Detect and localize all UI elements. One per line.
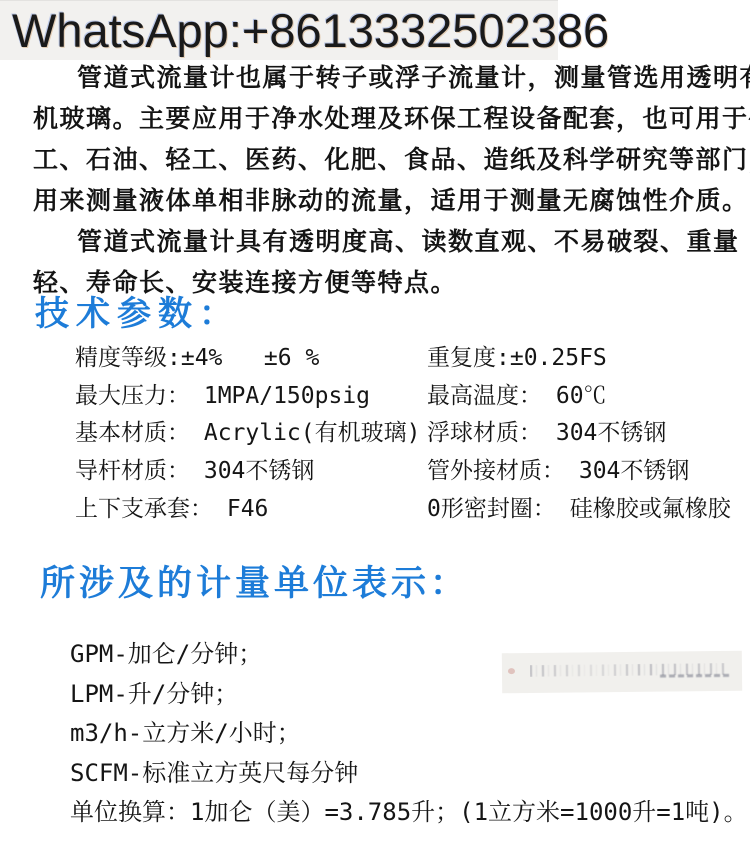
param-left: 精度等级:±4% ±6 % bbox=[75, 339, 427, 372]
param-left: 上下支承套： F46 bbox=[75, 490, 427, 523]
param-row: 上下支承套： F46 0形密封圈： 硅橡胶或氟橡胶 bbox=[75, 487, 735, 525]
param-right: 0形密封圈： 硅橡胶或氟橡胶 bbox=[427, 490, 735, 523]
unit-item: SCFM-标准立方英尺每分钟 bbox=[70, 754, 740, 794]
param-left: 最大压力： 1MPA/150psig bbox=[75, 377, 427, 410]
param-row: 最大压力： 1MPA/150psig 最高温度： 60℃ bbox=[75, 375, 735, 413]
intro-line: 工、石油、轻工、医药、化肥、食品、造纸及科学研究等部门， bbox=[33, 140, 733, 181]
param-right: 管外接材质： 304不锈钢 bbox=[427, 452, 735, 485]
whatsapp-banner: WhatsApp:+8613332502386 bbox=[0, 0, 558, 60]
param-right: 浮球材质： 304不锈钢 bbox=[427, 414, 735, 447]
whatsapp-number: WhatsApp:+8613332502386 bbox=[0, 1, 609, 61]
stamp-underline bbox=[660, 674, 730, 678]
param-right: 最高温度： 60℃ bbox=[427, 377, 735, 410]
unit-item: 单位换算：1加仑（美）=3.785升；(1立方米=1000升=1吨)。 bbox=[70, 793, 740, 833]
param-left: 导杆材质： 304不锈钢 bbox=[75, 452, 427, 485]
faded-stamp-artifact bbox=[502, 651, 742, 694]
intro-line: 机玻璃。主要应用于净水处理及环保工程设备配套，也可用于化 bbox=[33, 99, 733, 140]
stamp-dot bbox=[508, 668, 515, 674]
param-row: 基本材质： Acrylic(有机玻璃) 浮球材质： 304不锈钢 bbox=[75, 412, 735, 450]
param-row: 导杆材质： 304不锈钢 管外接材质： 304不锈钢 bbox=[75, 450, 735, 488]
intro-paragraphs: 管道式流量计也属于转子或浮子流量计，测量管选用透明有 机玻璃。主要应用于净水处理… bbox=[33, 58, 733, 304]
param-right: 重复度:±0.25FS bbox=[427, 339, 735, 372]
intro-line: 轻、寿命长、安装连接方便等特点。 bbox=[33, 263, 733, 304]
intro-line: 用来测量液体单相非脉动的流量，适用于测量无腐蚀性介质。 bbox=[33, 181, 733, 222]
param-row: 精度等级:±4% ±6 % 重复度:±0.25FS bbox=[75, 337, 735, 375]
units-heading: 所涉及的计量单位表示： bbox=[40, 560, 469, 608]
unit-item: m3/h-立方米/小时； bbox=[70, 714, 740, 754]
intro-line: 管道式流量计也属于转子或浮子流量计，测量管选用透明有 bbox=[33, 58, 733, 99]
tech-params-table: 精度等级:±4% ±6 % 重复度:±0.25FS 最大压力： 1MPA/150… bbox=[75, 337, 735, 525]
param-left: 基本材质： Acrylic(有机玻璃) bbox=[75, 414, 427, 447]
intro-line: 管道式流量计具有透明度高、读数直观、不易破裂、重量 bbox=[33, 222, 733, 263]
